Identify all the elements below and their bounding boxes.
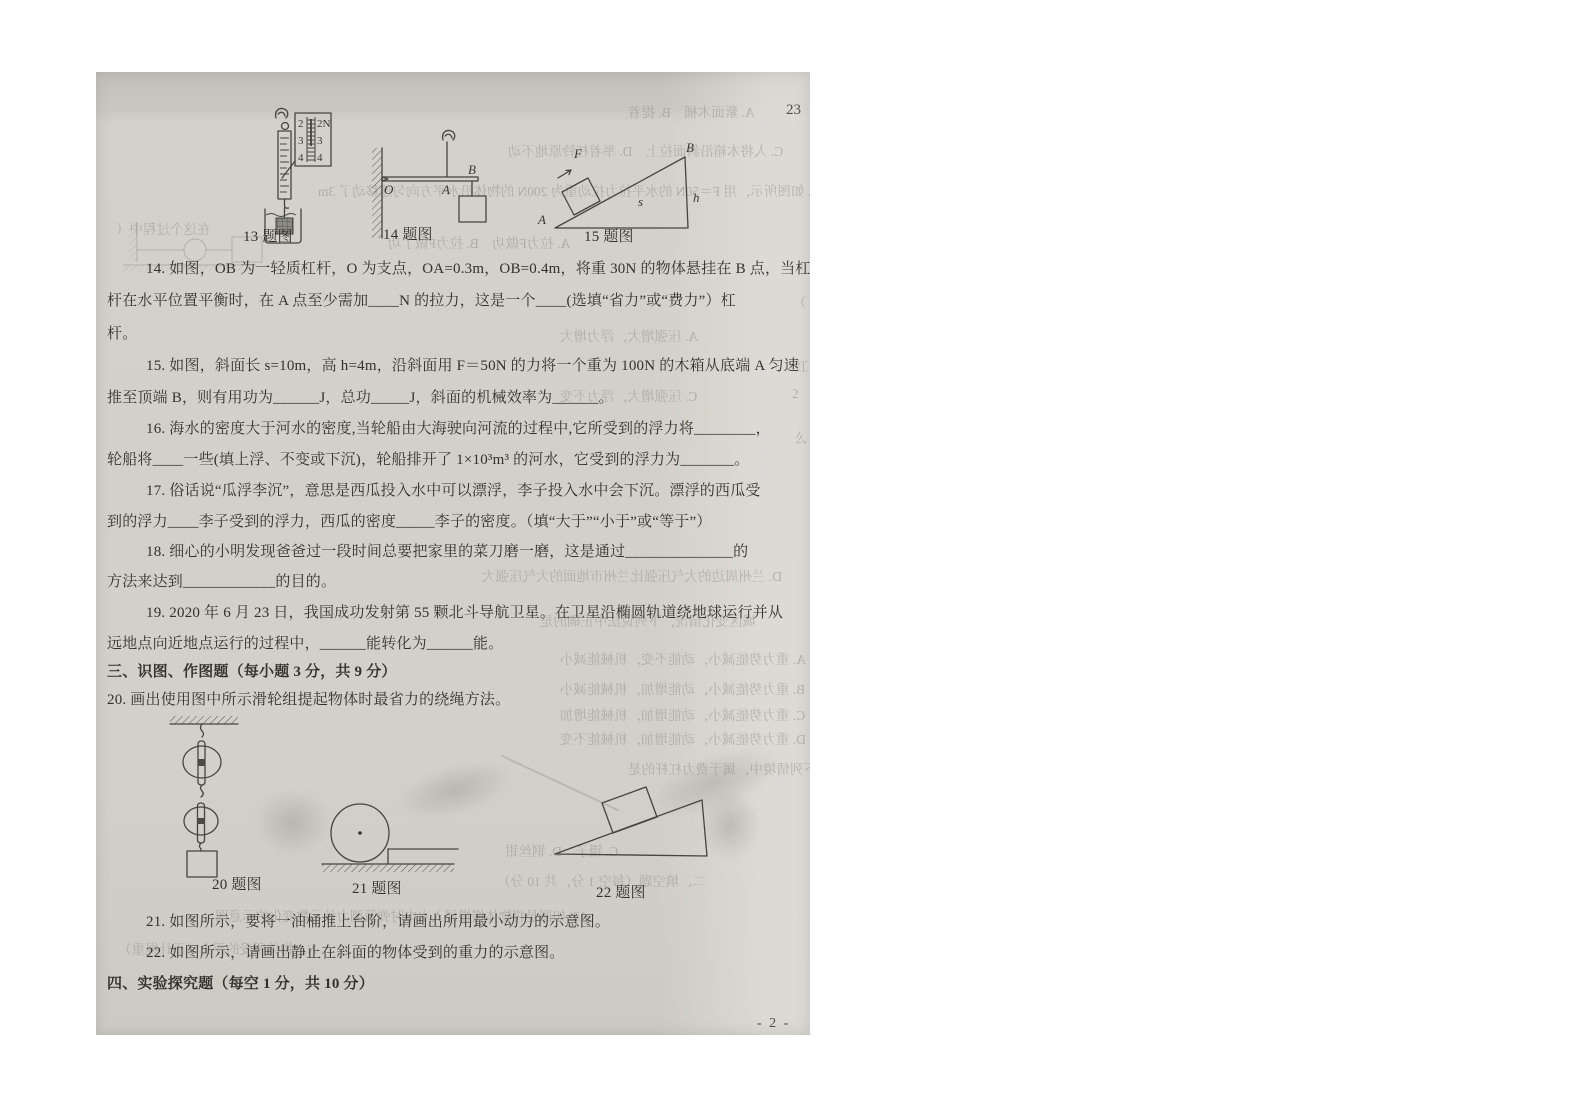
question-21-line: 21. 如图所示，要将一油桶推上台阶，请画出所用最小动力的示意图。 [146,913,610,932]
question-18-line: 方法来达到____________的目的。 [107,573,336,592]
label-B: B [686,140,694,155]
question-14-line: 14. 如图，OB 为一轻质杠杆，O 为支点，OA=0.3m，OB=0.4m，将… [146,260,810,279]
screenshot-canvas: { "colors":{"paper":"#d2d0c9","paper_top… [0,0,1584,1119]
figure-20-caption: 20 题图 [212,876,262,895]
scale-tick-label: 2N [317,118,331,130]
ground-hatching [322,864,454,872]
question-19-line: 19. 2020 年 6 月 23 日，我国成功发射第 55 颗北斗导航卫星。在… [146,604,783,623]
edge-mark: 么 [794,428,807,447]
section-4-heading: 四、实验探究题（每空 1 分，共 10 分） [107,975,374,994]
hanging-weight [459,181,486,222]
label-A: A [441,182,450,197]
figure-15-incline: F A B s h [528,140,705,240]
page-number: - 2 - [757,1016,790,1032]
bleedthrough-line: A. 紫面木桶 B. 提着 [628,101,755,121]
question-16-line: 轮船将____一些(填上浮、不变或下沉)，轮船排开了 1×10³m³ 的河水，它… [107,451,749,470]
hand-icon [443,130,455,140]
figure-13-spring-scale: 2 3 4 2N 3 4 [232,106,337,246]
scale-tick-label: 2 [298,118,304,130]
scanned-exam-page: A. 紫面木桶 B. 提着 C. 人将木箱沿斜面拉上 D. 举着杠铃原地不动 8… [96,72,810,1035]
label-h: h [693,190,700,205]
movable-pulley [184,785,218,843]
block-on-incline [562,178,600,215]
scale-tick-label: 4 [317,152,323,164]
figure-20-pulleys [162,715,262,880]
figure-14-caption: 14 题图 [383,226,433,245]
figure-13-caption: 13 题图 [243,228,293,247]
question-20-line: 20. 画出使用图中所示滑轮组提起物体时最省力的绕绳方法。 [107,691,510,710]
edge-mark: 2 [792,386,799,402]
figure-21-caption: 21 题图 [352,880,402,899]
incline-triangle [555,800,707,856]
scale-reading-inset: 2 3 4 2N 3 4 [282,113,331,178]
ceiling-hatching [170,716,238,724]
question-15-line: 15. 如图，斜面长 s=10m，高 h=4m，沿斜面用 F＝50N 的力将一个… [146,357,799,376]
incline-triangle [555,157,688,228]
bleedthrough-line: B. 重力势能减小，动能增加，机械能减小 [560,678,805,698]
edge-mark: （ [793,292,806,311]
figure-22-caption: 22 题图 [596,884,646,903]
question-15-line: 推至顶端 B，则有用功为______J，总功_____J，斜面的机械效率为___… [107,389,614,408]
figure-21-barrel-step [318,792,478,884]
question-14-line: 杆。 [107,325,137,344]
barrel-center-dot [358,831,362,835]
section-3-heading: 三、识图、作图题（每小题 3 分，共 9 分） [107,663,397,682]
hand-icon [276,108,288,118]
scale-ring [282,123,289,130]
figure-15-caption: 15 题图 [584,228,634,247]
label-s: s [638,194,643,209]
corner-number: 23 [786,102,801,119]
bleedthrough-line: D. 重力势能减小，动能增加，机械能不变 [560,728,806,748]
label-A: A [537,212,546,227]
bleedthrough-line: C. 重力势能减小，动能增加，机械能增加 [560,704,805,724]
question-17-line: 17. 俗话说“瓜浮李沉”，意思是西瓜投入水中可以漂浮，李子投入水中会下沉。漂浮… [146,482,761,501]
question-16-line: 16. 海水的密度大于河水的密度,当轮船由大海驶向河流的过程中,它所受到的浮力将… [146,420,771,439]
question-14-line: 杆在水平位置平衡时，在 A 点至少需加____N 的拉力，这是一个____(选填… [107,292,736,311]
label-O: O [384,182,394,197]
label-B: B [468,162,476,177]
figure-22-incline [540,778,715,878]
question-22-line: 22. 如图所示，请画出静止在斜面的物体受到的重力的示意图。 [146,944,565,963]
bleedthrough-line: D. 兰州周边的大气压强比兰州市地面的大气压强大 [482,565,782,585]
question-17-line: 到的浮力____李子受到的浮力，西瓜的密度_____李子的密度。（填“大于”“小… [107,513,712,532]
scale-tick-label: 3 [317,135,323,147]
scale-tick-label: 3 [298,135,304,147]
hanging-weight [187,843,217,877]
bleedthrough-line: A. 压强增大，浮力增大 [560,325,698,345]
question-18-line: 18. 细心的小明发现爸爸过一段时间总要把家里的菜刀磨一磨，这是通过______… [146,543,748,562]
lever-bar [382,177,478,181]
force-arrow [558,170,571,178]
scale-tick-label: 4 [298,152,304,164]
question-19-line: 远地点向近地点运行的过程中，______能转化为______能。 [107,635,503,654]
wall-hatching [372,148,382,238]
label-F: F [573,146,583,161]
fixed-pulley [183,724,221,785]
bleedthrough-line: A. 重力势能减小，动能不变，机械能减小 [560,648,806,668]
step [388,849,458,864]
